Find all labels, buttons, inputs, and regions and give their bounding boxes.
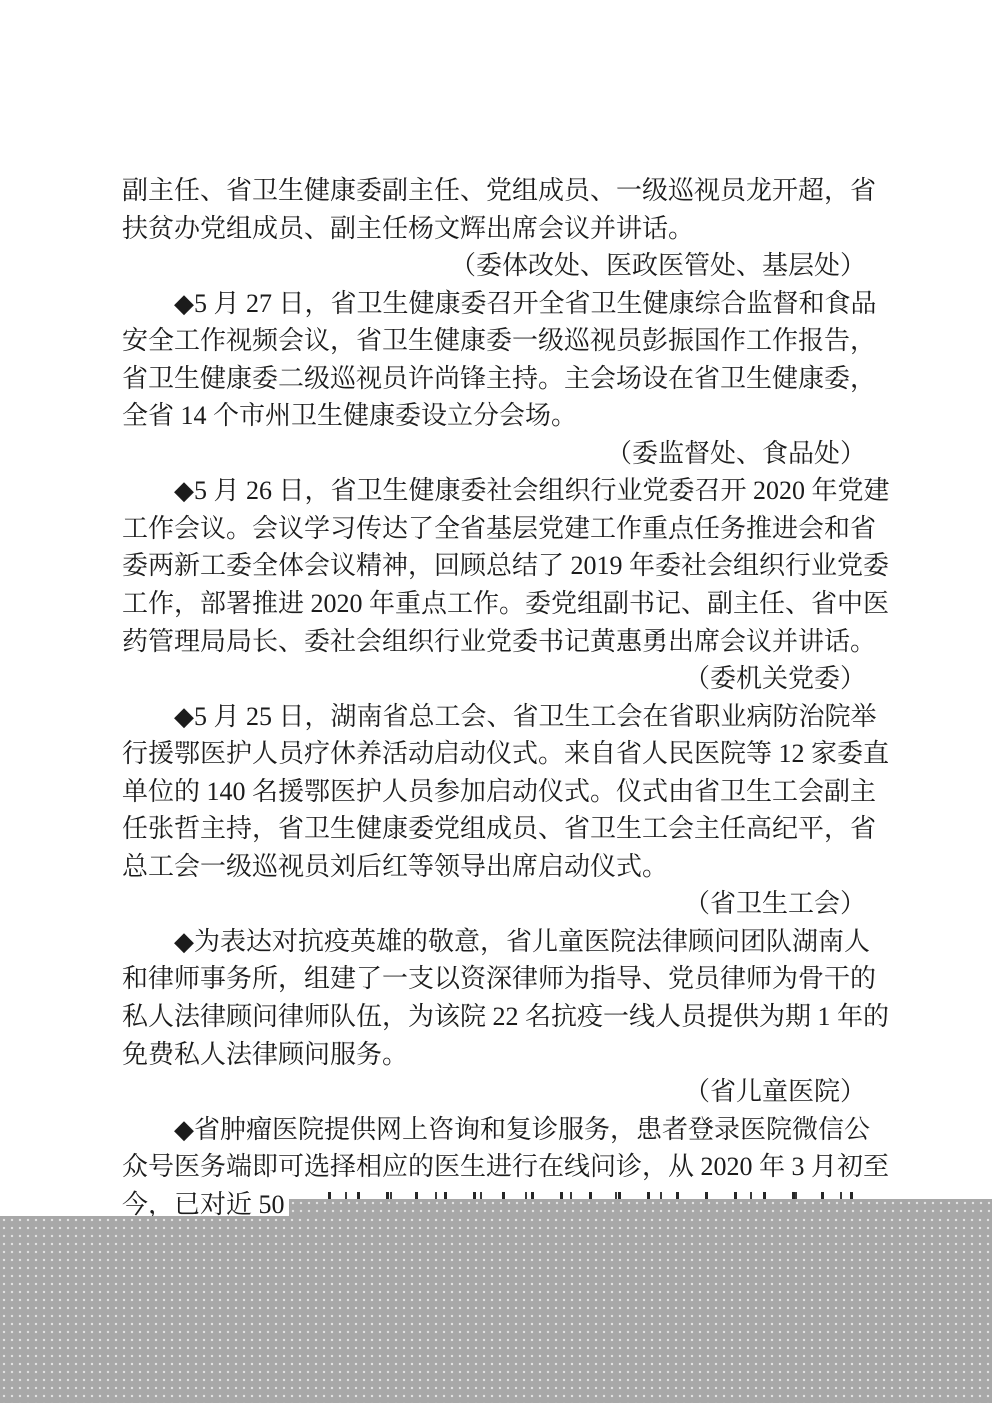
paragraph-first-line: ◆5 月 26 日，省卫生健康委社会组织行业党委召开 2020 年党建 [122, 472, 880, 510]
text-line: 工作，部署推进 2020 年重点工作。委党组副书记、副主任、省中医 [122, 585, 880, 623]
paragraph-first-line: ◆省肿瘤医院提供网上咨询和复诊服务，患者登录医院微信公 [122, 1111, 880, 1149]
text-line: 副主任、省卫生健康委副主任、党组成员、一级巡视员龙开超，省 [122, 172, 880, 210]
attribution-line: （委机关党委） [122, 660, 880, 698]
text-line: 私人法律顾问律师队伍，为该院 22 名抗疫一线人员提供为期 1 年的 [122, 998, 880, 1036]
attribution-line: （省卫生工会） [122, 885, 880, 923]
scan-gray-band-bottom [0, 1216, 992, 1403]
text-line: 众号医务端即可选择相应的医生进行在线问诊，从 2020 年 3 月初至 [122, 1148, 880, 1186]
attribution-line: （委体改处、医政医管处、基层处） [122, 247, 880, 285]
text-line: 省卫生健康委二级巡视员许尚锋主持。主会场设在省卫生健康委， [122, 360, 880, 398]
paragraph-first-line: ◆5 月 27 日，省卫生健康委召开全省卫生健康综合监督和食品 [122, 285, 880, 323]
document-text-block: 副主任、省卫生健康委副主任、党组成员、一级巡视员龙开超，省 扶贫办党组成员、副主… [122, 172, 880, 1223]
text-line: 单位的 140 名援鄂医护人员参加启动仪式。仪式由省卫生工会副主 [122, 773, 880, 811]
text-line: 扶贫办党组成员、副主任杨文辉出席会议并讲话。 [122, 210, 880, 248]
attribution-line: （省儿童医院） [122, 1073, 880, 1111]
text-line: 工作会议。会议学习传达了全省基层党建工作重点任务推进会和省 [122, 510, 880, 548]
paragraph-first-line: ◆为表达对抗疫英雄的敬意，省儿童医院法律顾问团队湖南人 [122, 923, 880, 961]
text-line: 免费私人法律顾问服务。 [122, 1036, 880, 1074]
text-line: 总工会一级巡视员刘后红等领导出席启动仪式。 [122, 848, 880, 886]
paragraph-first-line: ◆5 月 25 日，湖南省总工会、省卫生工会在省职业病防治院举 [122, 698, 880, 736]
text-line: 药管理局局长、委社会组织行业党委书记黄惠勇出席会议并讲话。 [122, 623, 880, 661]
text-line: 委两新工委全体会议精神，回顾总结了 2019 年委社会组织行业党委 [122, 547, 880, 585]
attribution-line: （委监督处、食品处） [122, 435, 880, 473]
text-line: 安全工作视频会议，省卫生健康委一级巡视员彭振国作工作报告， [122, 322, 880, 360]
text-line: 行援鄂医护人员疗休养活动启动仪式。来自省人民医院等 12 家委直 [122, 735, 880, 773]
text-line: 任张哲主持，省卫生健康委党组成员、省卫生工会主任高纪平，省 [122, 810, 880, 848]
text-line: 和律师事务所，组建了一支以资深律师为指导、党员律师为骨干的 [122, 960, 880, 998]
obscured-text-tips [302, 1192, 878, 1199]
text-line: 全省 14 个市州卫生健康委设立分会场。 [122, 397, 880, 435]
